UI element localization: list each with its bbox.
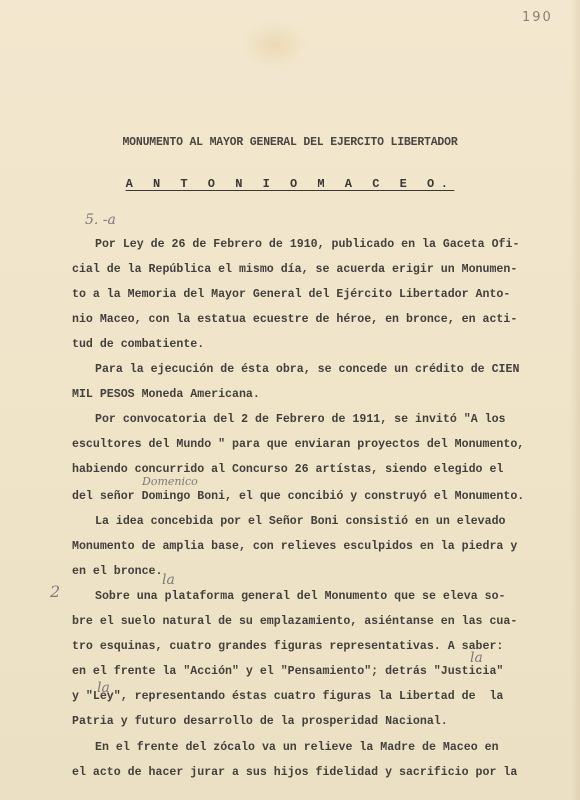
text-line-22: el acto de hacer jurar a sus hijos fidel…: [72, 766, 517, 779]
text-line-8: Por convocatoria del 2 de Febrero de 191…: [95, 413, 506, 426]
text-line-14: en el bronce.: [72, 565, 162, 578]
page-number: 190: [522, 10, 553, 25]
text-line-12: La idea concebida por el Señor Boni cons…: [95, 515, 506, 528]
handwritten-margin-mark: 2: [50, 582, 60, 601]
text-line-1: Por Ley de 26 de Febrero de 1910, public…: [95, 238, 519, 251]
text-line-7: MIL PESOS Moneda Americana.: [72, 388, 260, 401]
text-line-10: habiendo concurrido al Concurso 26 artís…: [72, 463, 503, 476]
text-line-20: Patria y futuro desarrollo de la prosper…: [72, 715, 448, 728]
text-line-15: Sobre una plataforma general del Monumen…: [95, 590, 506, 603]
page-edge: [570, 0, 580, 800]
document-title: MONUMENTO AL MAYOR GENERAL DEL EJERCITO …: [0, 136, 580, 149]
handwritten-la-1: la: [162, 572, 175, 588]
text-line-16: bre el suelo natural de su emplazamiento…: [72, 615, 517, 628]
document-subtitle: A N T O N I O M A C E O.: [0, 177, 580, 191]
document-page: 190 MONUMENTO AL MAYOR GENERAL DEL EJERC…: [0, 0, 580, 800]
subtitle-text: A N T O N I O M A C E O.: [126, 177, 455, 191]
text-line-13: Monumento de amplia base, con relieves e…: [72, 540, 517, 553]
text-line-19: y "Ley", representando éstas cuatro figu…: [72, 690, 503, 703]
text-line-11: del señor Domingo Boni, el que concibió …: [72, 490, 524, 503]
handwritten-la-2: la: [470, 650, 483, 666]
text-line-2: cial de la República el mismo día, se ac…: [72, 263, 517, 276]
text-line-21: En el frente del zócalo va un relieve la…: [95, 741, 499, 754]
text-line-4: nio Maceo, con la estatua ecuestre de hé…: [72, 313, 517, 326]
text-line-3: to a la Memoria del Mayor General del Ej…: [72, 288, 510, 301]
text-line-18: en el frente la "Acción" y el "Pensamien…: [72, 665, 503, 678]
text-line-9: escultores del Mundo " para que enviaran…: [72, 438, 524, 451]
text-line-5: tud de combatiente.: [72, 338, 204, 351]
text-line-17: tro esquinas, cuatro grandes figuras rep…: [72, 640, 503, 653]
paper-stain: [240, 20, 310, 70]
text-line-6: Para la ejecución de ésta obra, se conce…: [95, 363, 519, 376]
handwritten-domenico: Domenico: [142, 475, 198, 488]
handwritten-section-mark: 5. -a: [85, 212, 116, 228]
